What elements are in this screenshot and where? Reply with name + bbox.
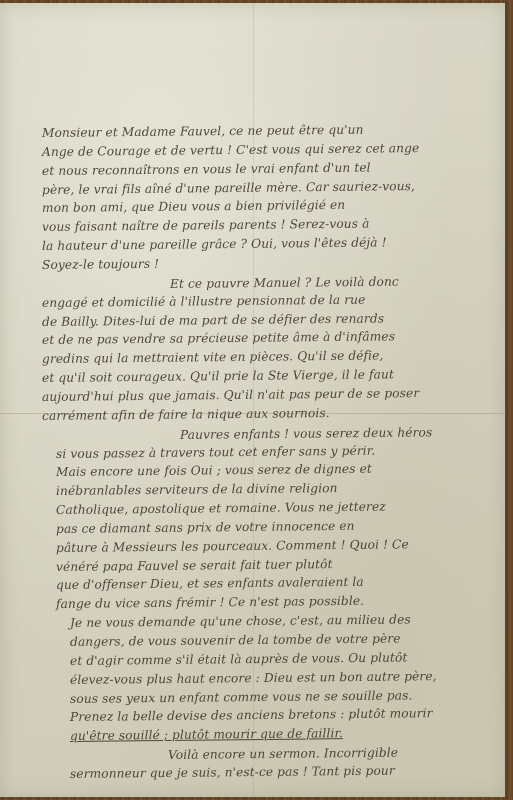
letter-line: sous ses yeux un enfant comme vous ne se… xyxy=(70,688,413,706)
letter-line: Voilà encore un sermon. Incorrigible xyxy=(168,746,398,762)
letter-line: Ange de Courage et de vertu ! C'est vous… xyxy=(42,141,419,159)
letter-line: mon bon ami, que Dieu vous a bien privil… xyxy=(42,198,345,215)
letter-line: et qu'il soit courageux. Qu'il prie la S… xyxy=(42,367,394,385)
letter-line-underlined: qu'être souillé ; plutôt mourir que de f… xyxy=(70,726,343,743)
letter-line: engagé et domicilié à l'illustre pension… xyxy=(42,292,366,309)
letter-line: que d'offenser Dieu, et ses enfants aval… xyxy=(56,575,364,592)
letter-page: Monsieur et Madame Fauvel, ce ne peut êt… xyxy=(0,3,505,797)
letter-line: Je ne vous demande qu'une chose, c'est, … xyxy=(70,613,411,631)
letter-line: dangers, de vous souvenir de la tombe de… xyxy=(70,632,401,649)
letter-line: vous faisant naître de pareils parents !… xyxy=(42,217,370,234)
letter-line: Monsieur et Madame Fauvel, ce ne peut êt… xyxy=(42,123,364,140)
letter-line: la hauteur d'une pareille grâce ? Oui, v… xyxy=(42,236,387,254)
letter-line: et nous reconnaîtrons en vous le vrai en… xyxy=(42,160,371,177)
letter-line: Et ce pauvre Manuel ? Le voilà donc xyxy=(170,274,399,290)
letter-line: Mais encore une fois Oui ; vous serez de… xyxy=(56,462,372,479)
letter-line: vénéré papa Fauvel se serait fait tuer p… xyxy=(56,557,333,574)
letter-line: élevez-vous plus haut encore : Dieu est … xyxy=(70,669,437,687)
letter-line: inébranlables serviteurs de la divine re… xyxy=(56,481,338,498)
letter-line: et de ne pas vendre sa précieuse petite … xyxy=(42,330,395,348)
letter-line: aujourd'hui plus que jamais. Qu'il n'ait… xyxy=(42,386,419,404)
letter-line: Pauvres enfants ! vous serez deux héros xyxy=(180,425,432,442)
letter-line: pâture à Messieurs les pourceaux. Commen… xyxy=(56,537,409,555)
letter-line: et d'agir comme s'il était là auprès de … xyxy=(70,650,408,668)
handwritten-text: Monsieur et Madame Fauvel, ce ne peut êt… xyxy=(0,3,505,797)
letter-line: carrément afin de faire la nique aux sou… xyxy=(42,406,330,423)
letter-line: père, le vrai fils aîné d'une pareille m… xyxy=(42,179,415,197)
letter-line: gredins qui la mettraient vite en pièces… xyxy=(42,349,384,367)
letter-line: si vous passez à travers tout cet enfer … xyxy=(56,443,375,460)
letter-line: fange du vice sans frémir ! Ce n'est pas… xyxy=(56,594,364,611)
letter-line: de Bailly. Dites-lui de ma part de se dé… xyxy=(42,311,384,329)
letter-line: sermonneur que je suis, n'est-ce pas ! T… xyxy=(70,764,395,781)
letter-line: Soyez-le toujours ! xyxy=(42,257,159,272)
letter-line: pas ce diamant sans prix de votre innoce… xyxy=(56,519,355,536)
letter-line: Prenez la belle devise des anciens breto… xyxy=(70,707,433,725)
letter-line: Catholique, apostolique et romaine. Vous… xyxy=(56,500,386,517)
